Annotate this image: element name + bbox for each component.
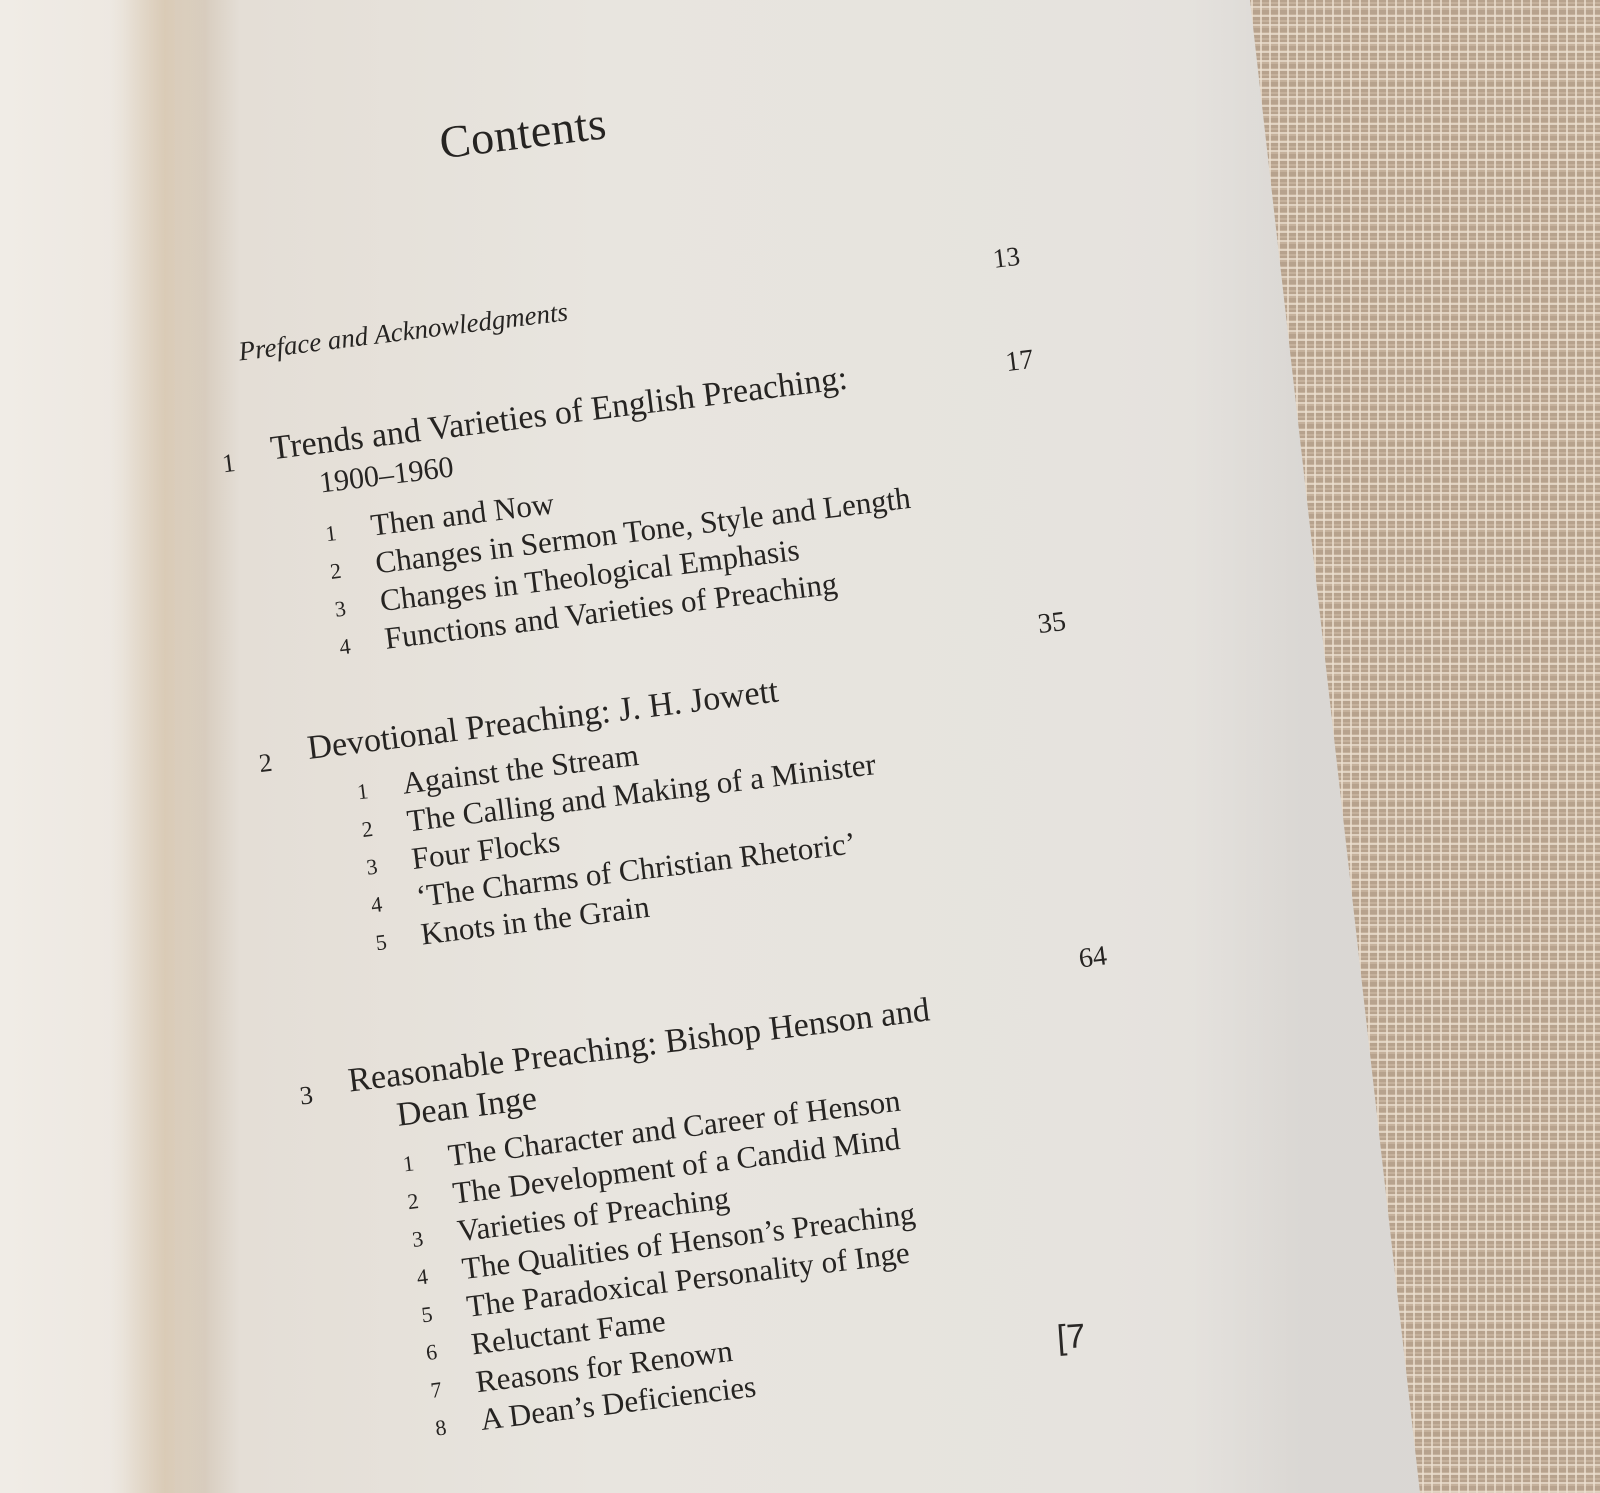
section-number: 1 bbox=[401, 1146, 450, 1177]
section-number: 4 bbox=[415, 1259, 464, 1290]
book-gutter bbox=[110, 0, 210, 1493]
section-number: 3 bbox=[411, 1222, 460, 1253]
section-number: 4 bbox=[338, 629, 387, 660]
section-number: 5 bbox=[374, 925, 423, 956]
section-number: 7 bbox=[429, 1372, 478, 1403]
section-list: 1The Character and Career of Henson 2The… bbox=[400, 1083, 936, 1446]
toc-page-number: 35 bbox=[1036, 606, 1068, 641]
section-number: 4 bbox=[370, 887, 419, 918]
toc-page-number: 17 bbox=[1004, 344, 1036, 379]
section-number: 1 bbox=[356, 774, 405, 805]
section-number: 3 bbox=[333, 591, 382, 622]
page-folio: [7 bbox=[1056, 1317, 1087, 1358]
section-number: 5 bbox=[420, 1297, 469, 1328]
section-number: 1 bbox=[324, 516, 373, 547]
section-number: 2 bbox=[406, 1184, 455, 1215]
toc-page-number: 64 bbox=[1077, 940, 1109, 975]
section-number: 2 bbox=[360, 812, 409, 843]
section-number: 2 bbox=[329, 554, 378, 585]
toc-page-number: 13 bbox=[991, 241, 1022, 275]
section-number: 8 bbox=[434, 1410, 483, 1441]
section-number: 3 bbox=[365, 849, 414, 880]
section-number: 6 bbox=[425, 1335, 474, 1366]
